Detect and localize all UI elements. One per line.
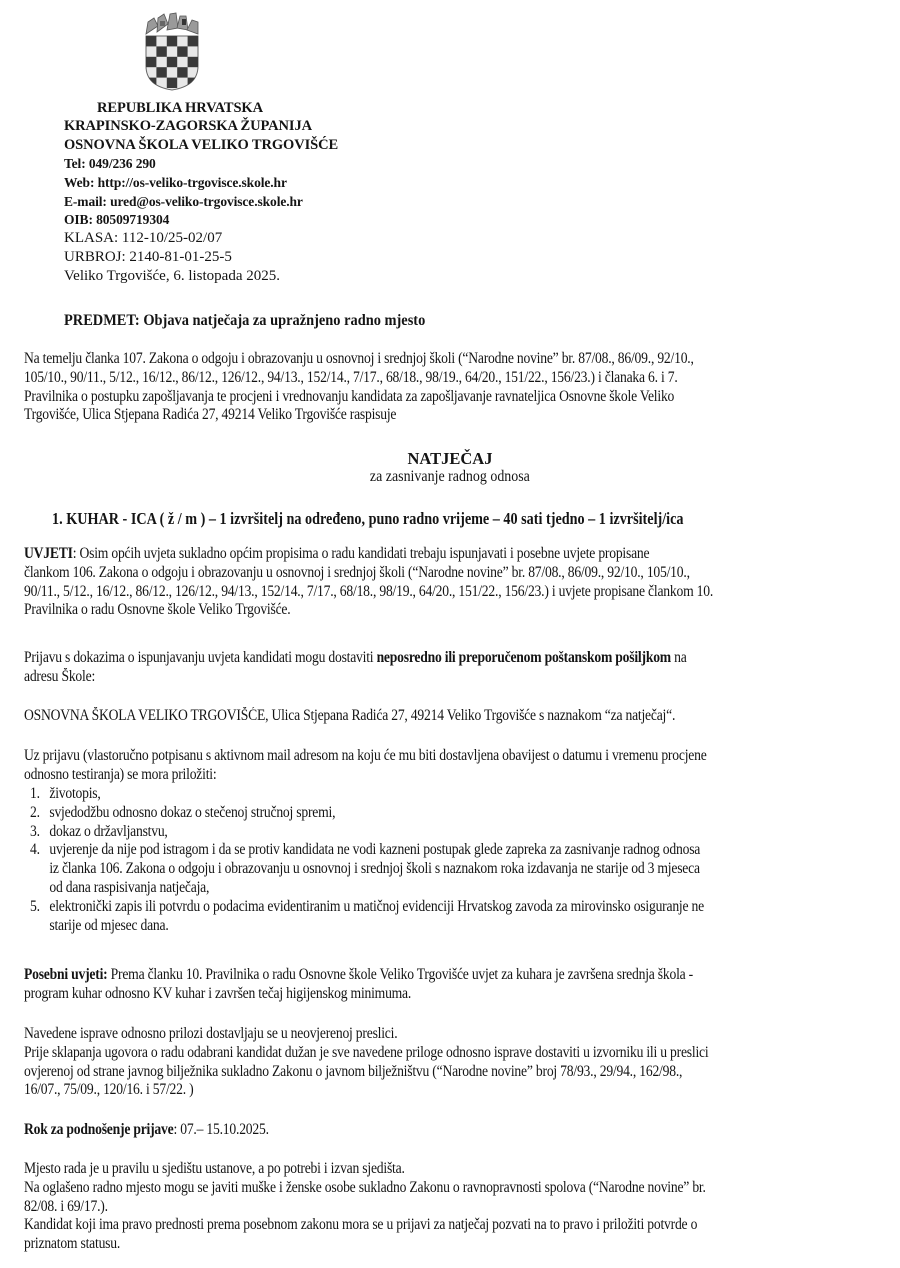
school-website-link[interactable]: Web: http://os-veliko-trgovisce.skole.hr	[64, 174, 287, 192]
school-address: OSNOVNA ŠKOLA VELIKO TRGOVIŠĆE, Ulica St…	[24, 707, 764, 726]
attachment-number: 1.	[30, 785, 49, 804]
attachment-item: 2.svjedodžbu odnosno dokaz o stečenoj st…	[30, 804, 704, 823]
school-name: OSNOVNA ŠKOLA VELIKO TRGOVIŠĆE	[64, 136, 338, 154]
attachment-item: od dana raspisivanja natječaja,	[30, 879, 704, 898]
subject-text: Objava natječaja za upražnjeno radno mje…	[140, 312, 426, 329]
intro-line: Na temelju članka 107. Zakona o odgoju i…	[24, 350, 694, 369]
attachment-text: svjedodžbu odnosno dokaz o stečenoj stru…	[49, 804, 335, 821]
attachment-text: iz članka 106. Zakona o odgoju i obrazov…	[49, 860, 699, 877]
country-name: REPUBLIKA HRVATSKA	[97, 99, 263, 117]
special-conditions-paragraph: Posebni uvjeti: Prema članku 10. Praviln…	[24, 966, 784, 1004]
attachment-item: 3.dokaz o državljanstvu,	[30, 823, 704, 842]
deadline-label: Rok za podnošenje prijave	[24, 1121, 173, 1138]
intro-paragraph: Na temelju članka 107. Zakona o odgoju i…	[24, 350, 785, 425]
conditions-paragraph: UVJETI: Osim općih uvjeta sukladno općim…	[24, 545, 807, 620]
competition-subtitle: za zasnivanje radnog odnosa	[0, 468, 900, 486]
attachment-item: 1.životopis,	[30, 785, 704, 804]
attachment-number: 2.	[30, 804, 49, 823]
subject-line: PREDMET: Objava natječaja za upražnjeno …	[64, 312, 465, 330]
special-conditions-label: Posebni uvjeti:	[24, 966, 107, 983]
application-deadline: Rok za podnošenje prijave: 07.– 15.10.20…	[24, 1121, 302, 1140]
attachments-list: 1.životopis,2.svjedodžbu odnosno dokaz o…	[30, 785, 796, 935]
attachment-item: starije od mjesec dana.	[30, 917, 704, 936]
attachment-text: od dana raspisivanja natječaja,	[49, 879, 209, 896]
intro-line: Pravilnika o postupku zapošljavanja te p…	[24, 388, 694, 407]
competition-title: NATJEČAJ	[0, 449, 900, 469]
intro-line: 105/10., 90/11., 5/12., 16/12., 86/12., …	[24, 369, 694, 388]
attachment-text: elektronički zapis ili potvrdu o podacim…	[49, 898, 704, 915]
intro-line: Trgovišće, Ulica Stjepana Radića 27, 492…	[24, 406, 694, 425]
klasa-number: KLASA: 112-10/25-02/07	[64, 229, 222, 247]
attachment-text: uvjerenje da nije pod istragom i da se p…	[49, 841, 700, 858]
place-and-date: Veliko Trgovišće, 6. listopada 2025.	[64, 267, 280, 285]
attachment-text: životopis,	[49, 785, 100, 802]
application-paragraph: Prijavu s dokazima o ispunjavanju uvjeta…	[24, 649, 777, 687]
documents-note: Navedene isprave odnosno prilozi dostavl…	[24, 1025, 802, 1100]
subject-label: PREDMET:	[64, 312, 140, 329]
delivery-method: neposredno ili preporučenom poštanskom p…	[377, 649, 671, 666]
croatian-coat-of-arms-icon	[140, 12, 204, 92]
attachment-text: starije od mjesec dana.	[49, 917, 168, 934]
attachment-item: 5.elektronički zapis ili potvrdu o podac…	[30, 898, 704, 917]
attachment-text: dokaz o državljanstvu,	[49, 823, 167, 840]
attachment-number: 3.	[30, 823, 49, 842]
conditions-label: UVJETI	[24, 545, 73, 562]
school-oib: OIB: 80509719304	[64, 211, 169, 229]
county-name: KRAPINSKO-ZAGORSKA ŽUPANIJA	[64, 117, 312, 135]
closing-paragraph: Mjesto rada je u pravilu u sjedištu usta…	[24, 1160, 799, 1254]
attachment-item: 4.uvjerenje da nije pod istragom i da se…	[30, 841, 704, 860]
school-email-link[interactable]: E-mail: ured@os-veliko-trgovisce.skole.h…	[64, 193, 303, 211]
urbroj-number: URBROJ: 2140-81-01-25-5	[64, 248, 232, 266]
attachment-number: 5.	[30, 898, 49, 917]
attachment-item: iz članka 106. Zakona o odgoju i obrazov…	[30, 860, 704, 879]
job-position-heading: 1. KUHAR - ICA ( ž / m ) – 1 izvršitelj …	[52, 509, 786, 529]
attachment-number: 4.	[30, 841, 49, 860]
deadline-value: : 07.– 15.10.2025.	[173, 1121, 268, 1138]
attachments-intro: Uz prijavu (vlastoručno potpisanu s akti…	[24, 747, 800, 785]
school-phone: Tel: 049/236 290	[64, 155, 156, 173]
